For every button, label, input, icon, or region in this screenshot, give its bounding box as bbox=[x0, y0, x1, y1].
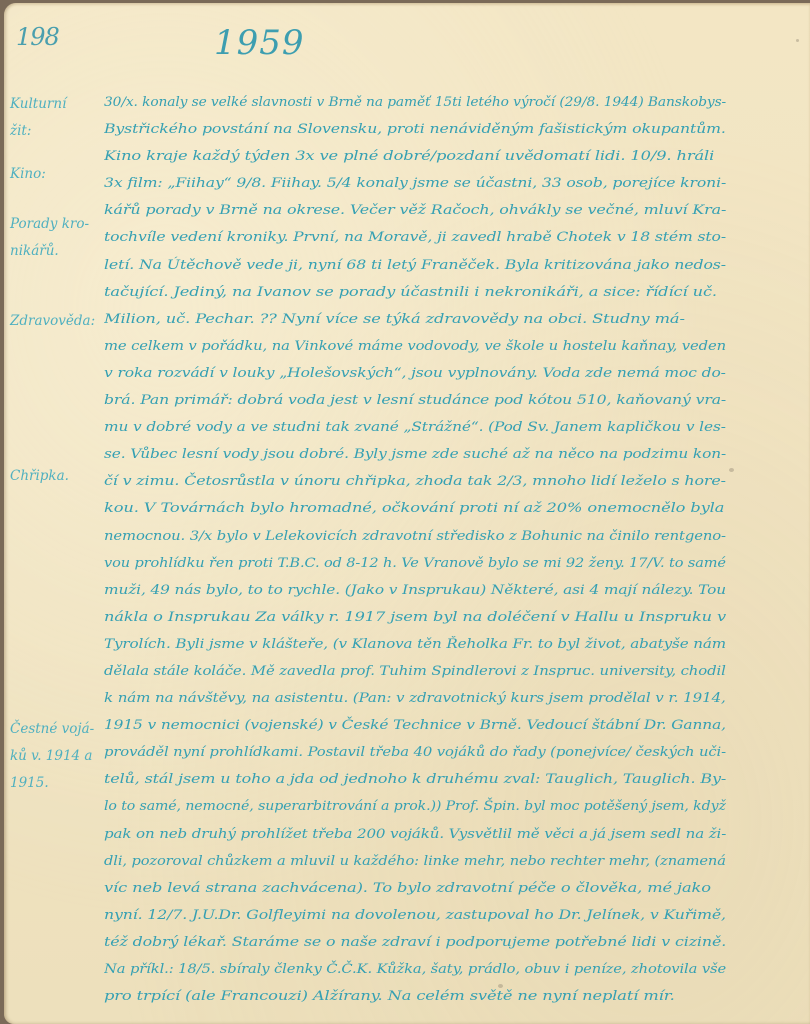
text-line: Kino kraje každý týden 3x ve plné dobré/… bbox=[104, 143, 734, 170]
text-line: nyní. 12/7. J.U.Dr. Golfleyimi na dovole… bbox=[104, 902, 734, 929]
margin-note-zdravoveda: Zdravověda: bbox=[10, 308, 102, 335]
text-line: dělala stále koláče. Mě zavedla prof. Tu… bbox=[104, 658, 734, 685]
text-line: me celkem v pořádku, na Vinkové máme vod… bbox=[104, 333, 734, 360]
text-line: muži, 49 nás bylo, to to rychle. (Jako v… bbox=[104, 577, 734, 604]
paper-stain bbox=[729, 468, 734, 472]
text-line: pro trpící (ale Francouzi) Alžírany. Na … bbox=[104, 983, 734, 1010]
text-line: pak on neb druhý prohlížet třeba 200 voj… bbox=[104, 821, 734, 848]
text-line: Na příkl.: 18/5. sbíraly členky Č.Č.K. K… bbox=[104, 956, 734, 983]
text-line: Milion, uč. Pechar. ?? Nyní více se týká… bbox=[104, 306, 734, 333]
text-line: brá. Pan primář: dobrá voda jest v lesní… bbox=[104, 387, 734, 414]
text-line: se. Vůbec lesní vody jsou dobré. Byly js… bbox=[104, 441, 734, 468]
text-line: čí v zimu. Četosrůstla v únoru chřipka, … bbox=[104, 468, 734, 495]
text-line: kou. V Továrnách bylo hromadné, očkování… bbox=[104, 495, 734, 522]
paper-stain bbox=[796, 39, 799, 42]
page-number: 198 bbox=[16, 23, 59, 51]
text-line: 3x film: „Fiihay“ 9/8. Fiihay. 5/4 konal… bbox=[104, 170, 734, 197]
year-heading: 1959 bbox=[214, 23, 305, 63]
text-line: též dobrý lékař. Staráme se o naše zdrav… bbox=[104, 929, 734, 956]
text-line: Bystřického povstání na Slovensku, proti… bbox=[104, 116, 734, 143]
paper-stain bbox=[498, 984, 503, 988]
margin-note-kino: Kino: bbox=[10, 161, 102, 188]
text-line: lo to samé, nemocné, superarbitrování a … bbox=[104, 793, 734, 820]
text-line: mu v dobré vody a ve studni tak zvané „S… bbox=[104, 414, 734, 441]
margin-note-cestne-vojaku: Čestné vojá- ků v. 1914 a 1915. bbox=[10, 716, 102, 797]
text-line: kářů porady v Brně na okrese. Večer věž … bbox=[104, 197, 734, 224]
text-line: 30/x. konaly se velké slavnosti v Brně n… bbox=[104, 89, 734, 116]
margin-note-chripka: Chřipka. bbox=[10, 463, 102, 490]
text-line: nákla o Insprukau Za války r. 1917 jsem … bbox=[104, 604, 734, 631]
text-line: v roka rozvádí v louky „Holešovských“, j… bbox=[104, 360, 734, 387]
margin-note-porady-kronikaru: Porady kro- nikářů. bbox=[10, 211, 102, 265]
text-line: 1915 v nemocnici (vojenské) v České Tech… bbox=[104, 712, 734, 739]
text-line: letí. Na Útěchově vede ji, nyní 68 ti le… bbox=[104, 252, 734, 279]
notebook-page: 198 1959 Kulturní žit: Kino:Porady kro- … bbox=[4, 3, 810, 1024]
body-text: 30/x. konaly se velké slavnosti v Brně n… bbox=[104, 89, 734, 1010]
text-line: telů, stál jsem u toho a jda od jednoho … bbox=[104, 766, 734, 793]
text-line: vou prohlídku řen proti T.B.C. od 8-12 h… bbox=[104, 550, 734, 577]
text-line: k nám na návštěvy, na asistentu. (Pan: v… bbox=[104, 685, 734, 712]
text-line: nemocnou. 3/x bylo v Lelekovicích zdravo… bbox=[104, 523, 734, 550]
margin-note-kulturni-zivot: Kulturní žit: bbox=[10, 91, 102, 145]
text-line: tačující. Jediný, na Ivanov se porady úč… bbox=[104, 279, 734, 306]
text-line: dli, pozoroval chůzkem a mluvil u každéh… bbox=[104, 848, 734, 875]
text-line: tochvíle vedení kroniky. První, na Morav… bbox=[104, 224, 734, 251]
text-line: víc neb levá strana zachvácena). To bylo… bbox=[104, 875, 734, 902]
text-line: Tyrolích. Byli jsme v klášteře, (v Klano… bbox=[104, 631, 734, 658]
text-line: prováděl nyní prohlídkami. Postavil třeb… bbox=[104, 739, 734, 766]
